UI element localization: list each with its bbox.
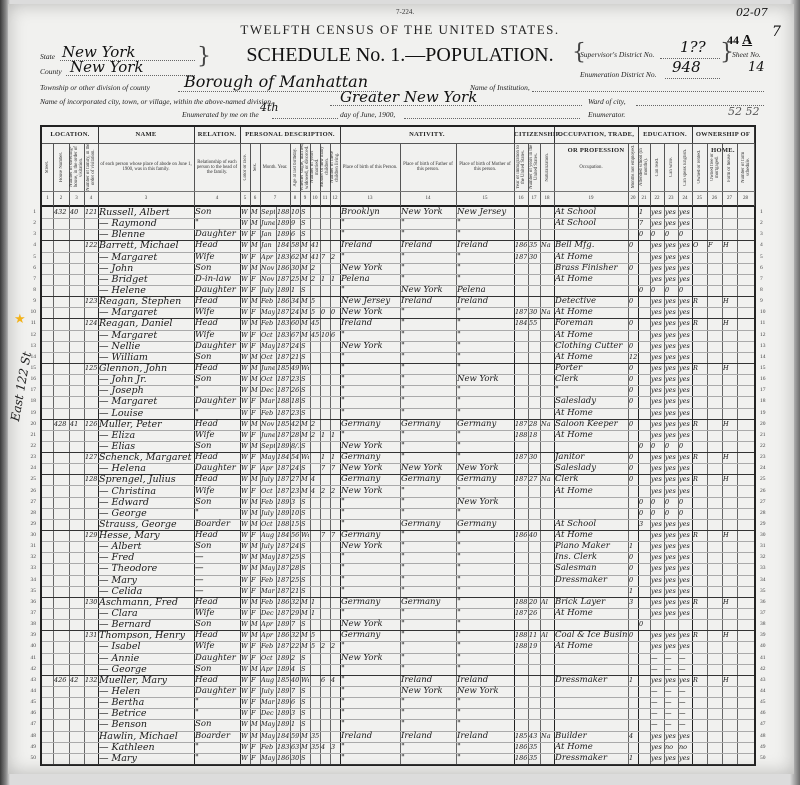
cell-rel: Head (195, 419, 239, 430)
cell-yrs (529, 497, 539, 508)
cell-farm (723, 307, 736, 318)
cell-occ: At School (555, 218, 627, 229)
cell-year: 1875 (277, 575, 289, 586)
line-number: 7 (22, 276, 36, 282)
line-number: 32 (22, 554, 36, 560)
cell-year: 1832 (277, 330, 289, 341)
cell-house (54, 274, 68, 285)
cell-farm (723, 486, 736, 497)
cell-month: Nov (261, 263, 275, 274)
cell-month: Feb (261, 296, 275, 307)
cell-ym (311, 218, 319, 229)
brace: } (197, 44, 211, 69)
line-number: 37 (760, 610, 766, 616)
cell-ym (311, 563, 319, 574)
cell-mc: 7 (321, 530, 329, 541)
cell-nat (541, 664, 553, 675)
cell-ym (311, 385, 319, 396)
cell-mc: 1 (321, 274, 329, 285)
cell-fs (738, 374, 753, 385)
cell-yrs: 35 (529, 742, 539, 753)
cell-color: W (241, 307, 249, 318)
cell-mc (321, 363, 329, 374)
cell-nat (541, 575, 553, 586)
cell-fb: New York (401, 207, 455, 218)
cell-year: 1872 (277, 430, 289, 441)
cell-color: W (241, 352, 249, 363)
cell-rel: Son (195, 441, 239, 452)
cell-fam (85, 586, 97, 597)
cell-fb: " (401, 653, 455, 664)
cell-mc: 10 (321, 330, 329, 341)
cell-cl (331, 664, 339, 675)
cell-occ: Saleslady (555, 463, 627, 474)
cell-free (708, 341, 721, 352)
cell-color: W (241, 541, 249, 552)
cell-dwell (70, 463, 83, 474)
line-number: 10 (22, 309, 36, 315)
cell-occ: Janitor (555, 452, 627, 463)
cell-pb: Ireland (341, 240, 399, 251)
cell-mb: " (457, 441, 513, 452)
cell-eng: yes (679, 463, 691, 474)
cell-ms: S (301, 563, 309, 574)
cell-imm (515, 285, 527, 296)
cell-mc (321, 207, 329, 218)
cell-mb: " (457, 229, 513, 240)
cell-pb: " (341, 742, 399, 753)
cell-write: yes (665, 385, 677, 396)
cell-mb: " (457, 586, 513, 597)
cell-rel: D-in-law (195, 274, 239, 285)
cell-sch: 0 (639, 508, 649, 519)
cell-yrs (529, 463, 539, 474)
cell-ym: 1 (311, 597, 319, 608)
cell-ms: S (301, 229, 309, 240)
cell-me (629, 274, 637, 285)
cell-pb: New York (341, 541, 399, 552)
cell-sex: F (251, 530, 259, 541)
cell-house (54, 619, 68, 630)
supervisor-label: Supervisor's District No. (580, 50, 654, 59)
cell-free (708, 252, 721, 263)
cell-eng: 0 (679, 497, 691, 508)
cell-house (54, 441, 68, 452)
column-number: 24 (678, 191, 693, 206)
cell-me: 0 (629, 474, 637, 485)
cell-fam (85, 742, 97, 753)
cell-imm: 1882 (515, 430, 527, 441)
cell-imm: 1872 (515, 419, 527, 430)
cell-yrs (529, 396, 539, 407)
cell-fam: 121 (85, 207, 97, 218)
cell-sch (639, 252, 649, 263)
cell-rel: Son (195, 541, 239, 552)
ward-label: Ward of city, (588, 97, 626, 106)
cell-pb: Germany (341, 530, 399, 541)
cell-year: 1899 (277, 441, 289, 452)
cell-fb: " (401, 408, 455, 419)
cell-sex: M (251, 541, 259, 552)
cell-rel: " (195, 753, 239, 764)
cell-yrs (529, 296, 539, 307)
cell-mb: " (457, 641, 513, 652)
cell-fam: 128 (85, 474, 97, 485)
cell-nat (541, 463, 553, 474)
cell-sch (639, 274, 649, 285)
cell-free (708, 742, 721, 753)
line-number: 20 (22, 421, 36, 427)
cell-fs (738, 575, 753, 586)
cell-rel: Wife (195, 608, 239, 619)
cell-street (43, 664, 52, 675)
cell-house (54, 731, 68, 742)
cell-fs (738, 552, 753, 563)
cell-month: Feb (261, 742, 275, 753)
cell-sch (639, 697, 649, 708)
column-number: 18 (540, 191, 555, 206)
cell-occ (555, 229, 627, 240)
cell-mb: " (457, 341, 513, 352)
cell-imm (515, 708, 527, 719)
cell-me (629, 697, 637, 708)
cell-dwell (70, 697, 83, 708)
cell-fam (85, 753, 97, 764)
line-number: 21 (22, 432, 36, 438)
cell-sex: F (251, 330, 259, 341)
cell-sex: F (251, 575, 259, 586)
cell-sch (639, 753, 649, 764)
cell-pb: " (341, 430, 399, 441)
cell-own (693, 541, 706, 552)
cell-eng: yes (679, 318, 691, 329)
cell-imm: 1870 (515, 452, 527, 463)
cell-occ: At Home (555, 641, 627, 652)
column-number: 16 (514, 191, 529, 206)
cell-read: 0 (651, 508, 663, 519)
cell-rel: Head (195, 318, 239, 329)
cell-write: yes (665, 563, 677, 574)
cell-farm (723, 708, 736, 719)
cell-color: W (241, 675, 249, 686)
line-number: 44 (760, 688, 766, 694)
cell-free (708, 530, 721, 541)
cell-name: — Edward (99, 497, 193, 508)
cell-pb: Germany (341, 452, 399, 463)
cell-sex: M (251, 352, 259, 363)
cell-mc: 7 (321, 252, 329, 263)
cell-ym (311, 508, 319, 519)
cell-fs (738, 296, 753, 307)
cell-imm: 1860 (515, 530, 527, 541)
census-title: TWELFTH CENSUS OF THE UNITED STATES. (0, 22, 800, 38)
cell-month: Dec (261, 608, 275, 619)
cell-own (693, 519, 706, 530)
cell-write: yes (665, 274, 677, 285)
cell-rel: Son (195, 719, 239, 730)
line-number: 16 (22, 376, 36, 382)
cell-color: W (241, 753, 249, 764)
cell-mc: 0 (321, 307, 329, 318)
cell-mc (321, 731, 329, 742)
column-group-7: EDUCATION. (638, 127, 693, 144)
cell-pb: Ireland (341, 318, 399, 329)
cell-read: 0 (651, 285, 663, 296)
cell-rel: " (195, 742, 239, 753)
cell-ym: 45 (311, 330, 319, 341)
cell-year: 1873 (277, 385, 289, 396)
cell-ym: 41 (311, 252, 319, 263)
line-number: 26 (22, 488, 36, 494)
cell-month: Oct (261, 519, 275, 530)
cell-street (43, 731, 52, 742)
cell-month: Jan (261, 240, 275, 251)
cell-color: W (241, 641, 249, 652)
cell-ym (311, 363, 319, 374)
cell-cl (331, 619, 339, 630)
cell-ym (311, 697, 319, 708)
enumeration-label: Enumeration District No. (580, 70, 656, 79)
cell-occ (555, 697, 627, 708)
cell-month: July (261, 541, 275, 552)
cell-cl (331, 385, 339, 396)
cell-name: — Mary (99, 575, 193, 586)
cell-name: Strauss, George (99, 519, 193, 530)
cell-street (43, 508, 52, 519)
cell-yrs (529, 664, 539, 675)
cell-rel: Son (195, 263, 239, 274)
cell-me (629, 664, 637, 675)
cell-pb: " (341, 508, 399, 519)
cell-eng: yes (679, 396, 691, 407)
cell-own (693, 508, 706, 519)
cell-dwell (70, 330, 83, 341)
cell-own (693, 552, 706, 563)
cell-read: yes (651, 608, 663, 619)
cell-fam (85, 229, 97, 240)
cell-sch (639, 742, 649, 753)
column-header: Number of family, in the order of visita… (84, 143, 99, 191)
column-header: Farm or house. (722, 143, 738, 191)
cell-sch: 1 (639, 207, 649, 218)
cell-sch (639, 653, 649, 664)
cell-mc (321, 653, 329, 664)
line-number: 7 (760, 276, 763, 282)
column-number: 13 (340, 191, 401, 206)
line-number: 16 (760, 376, 766, 382)
cell-yrs: 55 (529, 318, 539, 329)
cell-month: Oct (261, 374, 275, 385)
cell-mc: 6 (321, 675, 329, 686)
cell-sex: F (251, 307, 259, 318)
cell-fb: Germany (401, 419, 455, 430)
cell-free (708, 318, 721, 329)
cell-occ: Clerk (555, 374, 627, 385)
cell-sch (639, 330, 649, 341)
cell-farm: H (723, 597, 736, 608)
cell-sex: F (251, 586, 259, 597)
cell-rel: — (195, 552, 239, 563)
cell-yrs (529, 441, 539, 452)
cell-mb: " (457, 274, 513, 285)
cell-write: yes (665, 240, 677, 251)
cell-write: yes (665, 307, 677, 318)
line-number: 10 (760, 309, 766, 315)
column-header: Year of immigration to the United States… (514, 143, 529, 191)
cell-free (708, 541, 721, 552)
cell-farm (723, 263, 736, 274)
cell-own: R (693, 675, 706, 686)
line-number: 49 (760, 744, 766, 750)
cell-color: W (241, 330, 249, 341)
cell-age: 2 (291, 653, 299, 664)
cell-farm (723, 686, 736, 697)
cell-color: W (241, 252, 249, 263)
cell-fs (738, 419, 753, 430)
cell-street (43, 318, 52, 329)
cell-read: yes (651, 552, 663, 563)
cell-street (43, 296, 52, 307)
cell-dwell (70, 664, 83, 675)
cell-farm: H (723, 318, 736, 329)
cell-yrs: 20 (529, 597, 539, 608)
cell-own (693, 396, 706, 407)
cell-mb: Germany (457, 474, 513, 485)
cell-fam (85, 408, 97, 419)
cell-imm (515, 552, 527, 563)
cell-free (708, 608, 721, 619)
cell-cl (331, 586, 339, 597)
line-number: 48 (22, 733, 36, 739)
cell-occ: Detective (555, 296, 627, 307)
cell-me (629, 307, 637, 318)
cell-cl (331, 497, 339, 508)
cell-cl: 1 (331, 274, 339, 285)
cell-farm (723, 396, 736, 407)
cell-sex: M (251, 508, 259, 519)
cell-house (54, 552, 68, 563)
cell-free (708, 474, 721, 485)
cell-dwell (70, 396, 83, 407)
cell-month: June (261, 430, 275, 441)
cell-year: 1845 (277, 452, 289, 463)
cell-color: W (241, 374, 249, 385)
cell-eng: yes (679, 486, 691, 497)
cell-sex: F (251, 396, 259, 407)
cell-imm (515, 664, 527, 675)
cell-imm (515, 274, 527, 285)
cell-fam (85, 285, 97, 296)
cell-house (54, 474, 68, 485)
cell-month: Oct (261, 352, 275, 363)
cell-farm (723, 563, 736, 574)
cell-eng: yes (679, 218, 691, 229)
cell-free (708, 352, 721, 363)
cell-ym (311, 229, 319, 240)
cell-farm: H (723, 296, 736, 307)
cell-fs (738, 330, 753, 341)
cell-ym: 5 (311, 630, 319, 641)
cell-imm (515, 541, 527, 552)
cell-sch (639, 463, 649, 474)
cell-house: 432 (54, 207, 68, 218)
cell-fb: " (401, 452, 455, 463)
cell-mc (321, 352, 329, 363)
cell-imm: 1881 (515, 641, 527, 652)
cell-write: yes (665, 586, 677, 597)
cell-pb: New York (341, 263, 399, 274)
cell-sex: M (251, 664, 259, 675)
cell-pb: New York (341, 486, 399, 497)
cell-name: — Margaret (99, 307, 193, 318)
table-row[interactable]: — Mary"WFMay186930S"""186535Dressmaker1y… (42, 753, 754, 765)
cell-year: 1859 (277, 675, 289, 686)
cell-mc (321, 229, 329, 240)
cell-write: — (665, 708, 677, 719)
cell-farm: H (723, 419, 736, 430)
cell-age: 23 (291, 374, 299, 385)
cell-month: Nov (261, 419, 275, 430)
cell-ym (311, 341, 319, 352)
cell-age: 40 (291, 675, 299, 686)
cell-pb: " (341, 753, 399, 764)
cell-house (54, 430, 68, 441)
cell-fb: " (401, 753, 455, 764)
cell-imm (515, 330, 527, 341)
column-header: Occupation. (554, 143, 629, 191)
cell-mc (321, 541, 329, 552)
cell-fb: " (401, 619, 455, 630)
cell-ms: S (301, 441, 309, 452)
cell-eng: yes (679, 630, 691, 641)
cell-occ: Clerk (555, 474, 627, 485)
cell-ym: 35 (311, 731, 319, 742)
cell-write: yes (665, 731, 677, 742)
cell-write: yes (665, 575, 677, 586)
cell-year: 1869 (277, 753, 289, 764)
cell-house (54, 563, 68, 574)
cell-occ (555, 441, 627, 452)
cell-pb: " (341, 664, 399, 675)
cell-nat (541, 330, 553, 341)
cell-dwell: 41 (70, 419, 83, 430)
cell-yrs: 27 (529, 474, 539, 485)
cell-street (43, 330, 52, 341)
cell-fs (738, 508, 753, 519)
cell-age: 27 (291, 474, 299, 485)
cell-age: 60 (291, 318, 299, 329)
line-number: 36 (760, 599, 766, 605)
cell-year: 1870 (277, 608, 289, 619)
cell-dwell (70, 252, 83, 263)
cell-month: July (261, 474, 275, 485)
cell-occ: At Home (555, 352, 627, 363)
cell-dwell: 40 (70, 207, 83, 218)
line-number: 37 (22, 610, 36, 616)
cell-eng: 0 (679, 285, 691, 296)
cell-age: 22 (291, 641, 299, 652)
cell-me: 3 (629, 597, 637, 608)
cell-dwell (70, 385, 83, 396)
cell-cl (331, 653, 339, 664)
cell-ms: S (301, 285, 309, 296)
line-number: 38 (760, 621, 766, 627)
cell-yrs (529, 218, 539, 229)
cell-month: Feb (261, 408, 275, 419)
cell-read: yes (651, 363, 663, 374)
cell-dwell (70, 363, 83, 374)
cell-write: yes (665, 608, 677, 619)
